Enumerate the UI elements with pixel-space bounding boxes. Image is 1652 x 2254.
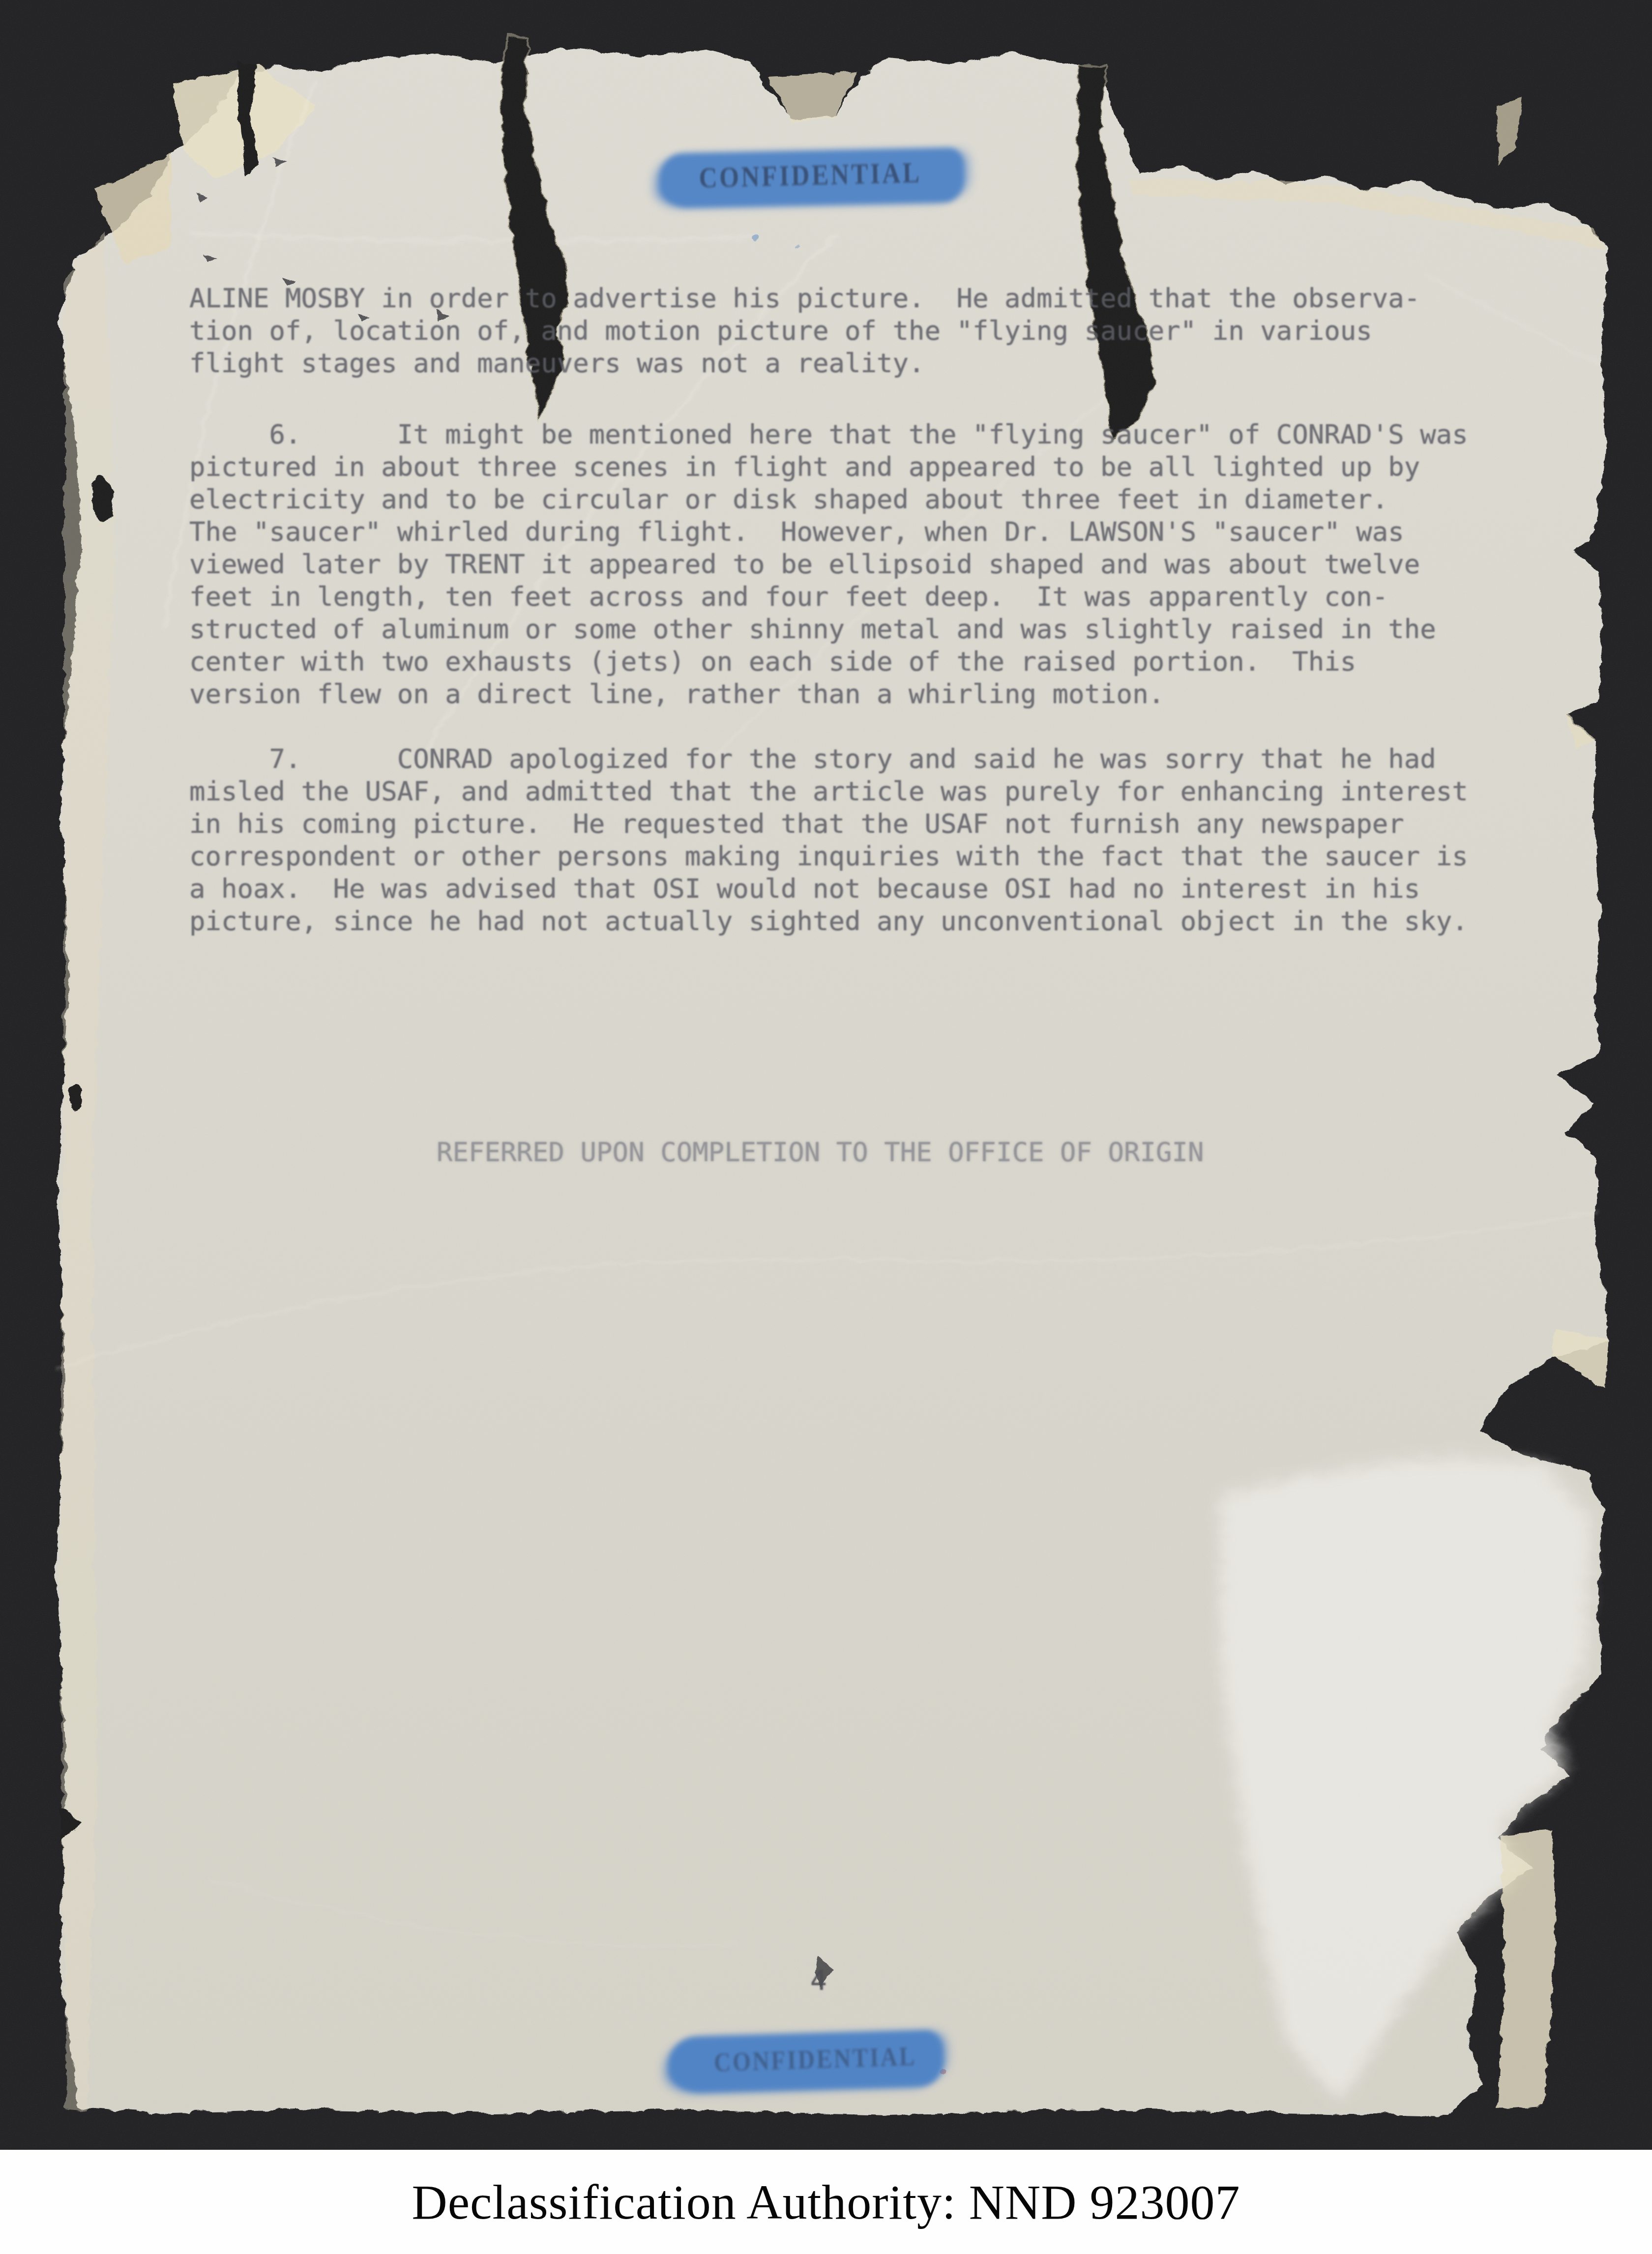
typed-paragraph-7: 7. CONRAD apologized for the story and s… [189, 743, 1468, 937]
page-number: 4 [810, 1964, 827, 1996]
referral-stamp: REFERRED UPON COMPLETION TO THE OFFICE O… [437, 1137, 1204, 1168]
declassification-banner: Declassification Authority: NND 923007 [0, 2150, 1652, 2254]
declassification-text: Declassification Authority: NND 923007 [412, 2174, 1240, 2230]
typed-paragraph-6: 6. It might be mentioned here that the "… [189, 418, 1468, 710]
confidential-stamp-top: CONFIDENTIAL [692, 155, 929, 195]
typed-paragraph-continuation: ALINE MOSBY in order to advertise his pi… [189, 282, 1420, 380]
